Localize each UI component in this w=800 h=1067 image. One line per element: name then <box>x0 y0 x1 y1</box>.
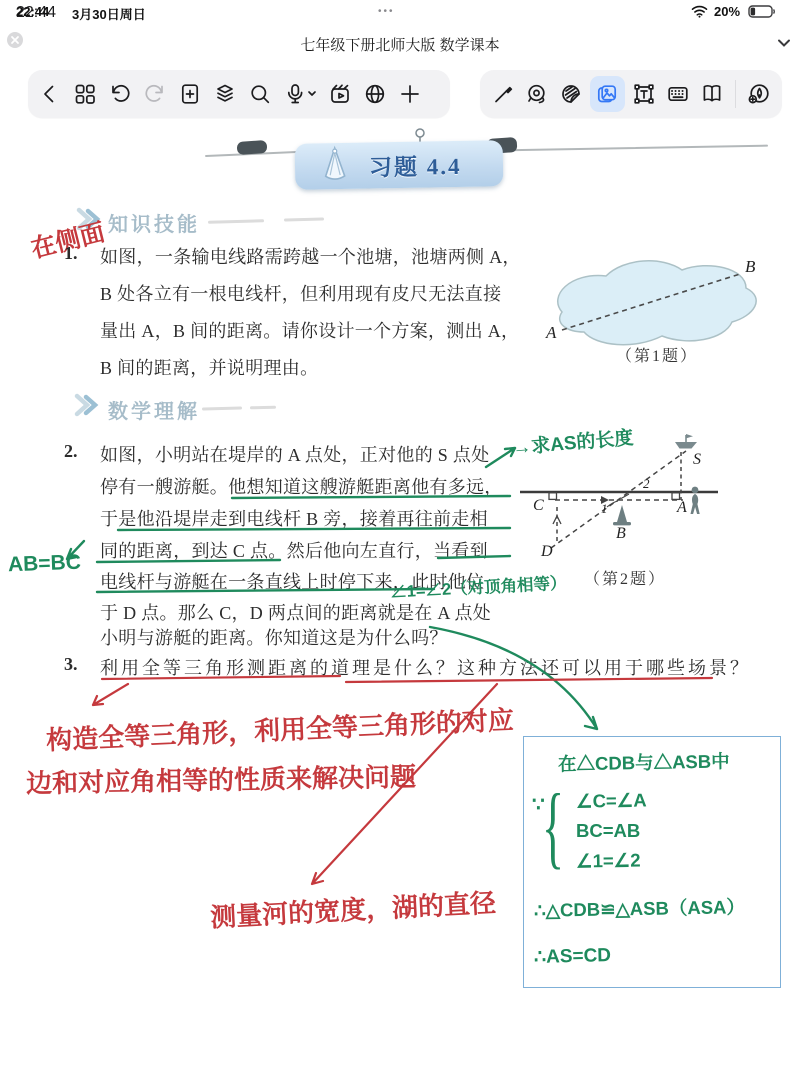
figure2-label-a: A <box>676 499 687 516</box>
problem2-line4: 同的距离，到达 C 点。然后他向左直行，当看到 <box>100 537 488 563</box>
figure2-label-s: S <box>693 451 701 468</box>
figure2-label-c: C <box>533 497 544 514</box>
redo-icon[interactable] <box>137 72 172 116</box>
green-note-ab-bc: AB=BC <box>8 551 82 578</box>
proof-brace: { <box>542 773 564 879</box>
apps-grid-icon[interactable] <box>67 72 102 116</box>
figure2-angle2: 2 <box>643 476 650 491</box>
figure1-label-b: B <box>745 257 756 276</box>
figure2-caption: （第2题） <box>584 566 666 589</box>
tape-measure-icon[interactable] <box>520 72 554 116</box>
problem1-line1: 如图，一条输电线路需跨越一个池塘，池塘两侧 A， <box>100 243 521 269</box>
page-canvas[interactable]: 习题 4.4 知识技能 在侧面 1. 如图，一条输电线路需跨越一个池塘，池塘两侧… <box>0 125 800 1067</box>
header-line-right <box>500 145 768 152</box>
red-scenes-note: 测量河的宽度，湖的直径 <box>209 883 497 935</box>
wifi-icon <box>691 5 708 23</box>
problem1-number: 1. <box>64 243 78 264</box>
figure1-caption: （第1题） <box>616 343 698 366</box>
compass-icon <box>317 144 354 188</box>
figure2-label-b: B <box>616 525 626 542</box>
red-reason-line1: 构造全等三角形，利用全等三角形的对应 <box>45 700 514 757</box>
layers-icon[interactable] <box>207 72 242 116</box>
section1-dash-1 <box>208 219 264 223</box>
sticker-eraser-icon[interactable] <box>554 72 588 116</box>
problem3-text: 利用全等三角形测距离的道理是什么？这种方法还可以用于哪些场景？ <box>100 654 751 680</box>
status-date: 3月30日周日 <box>72 4 146 23</box>
image-tool-icon[interactable] <box>590 76 624 112</box>
proof-title: 在△CDB与△ASB中 <box>558 748 730 777</box>
chevron-down-icon[interactable] <box>776 35 792 56</box>
problem2-number: 2. <box>64 441 78 462</box>
figure1-label-a: A <box>545 323 557 342</box>
problem2-line1: 如图，小明站在堤岸的 A 点处，正对他的 S 点处 <box>100 441 490 467</box>
globe-icon[interactable] <box>357 72 392 116</box>
status-time-text: 22:44 <box>16 4 49 19</box>
proof-cond1: ∠C=∠A <box>576 789 647 812</box>
problem1-line3: 量出 A，B 间的距离。请你设计一个方案，测出 A， <box>100 317 519 343</box>
undo-icon[interactable] <box>102 72 137 116</box>
problem2-line3: 于是他沿堤岸走到电线杆 B 旁，接着再往前走相 <box>100 505 488 531</box>
problem3-number: 3. <box>64 654 78 675</box>
section2-dash-1 <box>202 406 242 410</box>
red-reason-line2: 边和对应角相等的性质来解决问题 <box>26 757 417 801</box>
ipad-screen: 22:44 22:44 3月30日周日 ••• 20% 七年级下册北师大版 数学… <box>0 0 800 1067</box>
pen-icon[interactable] <box>486 72 520 116</box>
toolbar-right-group <box>480 70 782 118</box>
badge-title: 习题 4.4 <box>369 147 462 182</box>
proof-box: 在△CDB与△ASB中 ∵ { ∠C=∠A BC=AB ∠1=∠2 ∴△CDB≌… <box>523 736 781 988</box>
clip-icon[interactable] <box>322 72 357 116</box>
toolbar-divider <box>735 80 736 108</box>
figure2-angle1: 1 <box>601 501 608 516</box>
problem2-line2: 停有一艘游艇。他想知道这艘游艇距离他有多远， <box>100 473 503 499</box>
battery-icon <box>748 5 776 23</box>
badge-tab-left <box>237 140 268 155</box>
proof-conclusion2: ∴AS=CD <box>534 944 612 969</box>
reader-book-icon[interactable] <box>695 72 729 116</box>
status-more-dots[interactable]: ••• <box>378 6 395 17</box>
problem1-line2: B 处各立有一根电线杆，但利用现有皮尺无法直接 <box>100 280 501 306</box>
ink-tools-icon[interactable] <box>742 72 776 116</box>
section2-dash-2 <box>250 406 276 410</box>
section1-title: 知识技能 <box>108 208 200 237</box>
battery-percent: 20% <box>714 4 740 19</box>
proof-conclusion1: ∴△CDB≌△ASB（ASA） <box>534 893 745 923</box>
search-icon[interactable] <box>242 72 277 116</box>
toolbar-left-group <box>28 70 450 118</box>
proof-cond2: BC=AB <box>576 820 640 842</box>
exercise-badge: 习题 4.4 <box>295 140 504 190</box>
add-icon[interactable] <box>392 72 427 116</box>
figure2-label-d: D <box>540 543 553 560</box>
document-title: 七年级下册北师大版 数学课本 <box>0 34 800 55</box>
add-page-icon[interactable] <box>172 72 207 116</box>
problem2-line6: 于 D 点。那么 C，D 两点间的距离就是在 A 点处 <box>100 599 491 625</box>
problem1-line4: B 间的距离，并说明理由。 <box>100 354 318 380</box>
proof-cond3: ∠1=∠2 <box>576 849 641 872</box>
section1-dash-2 <box>284 217 324 221</box>
microphone-icon[interactable] <box>277 72 322 116</box>
text-frame-icon[interactable] <box>627 72 661 116</box>
back-chevron-icon[interactable] <box>32 72 67 116</box>
problem2-line7: 小明与游艇的距离。你知道这是为什么吗？ <box>100 624 448 650</box>
section2-title: 数学理解 <box>108 395 200 424</box>
keyboard-icon[interactable] <box>661 72 695 116</box>
section2-chevron-icon <box>74 393 104 422</box>
